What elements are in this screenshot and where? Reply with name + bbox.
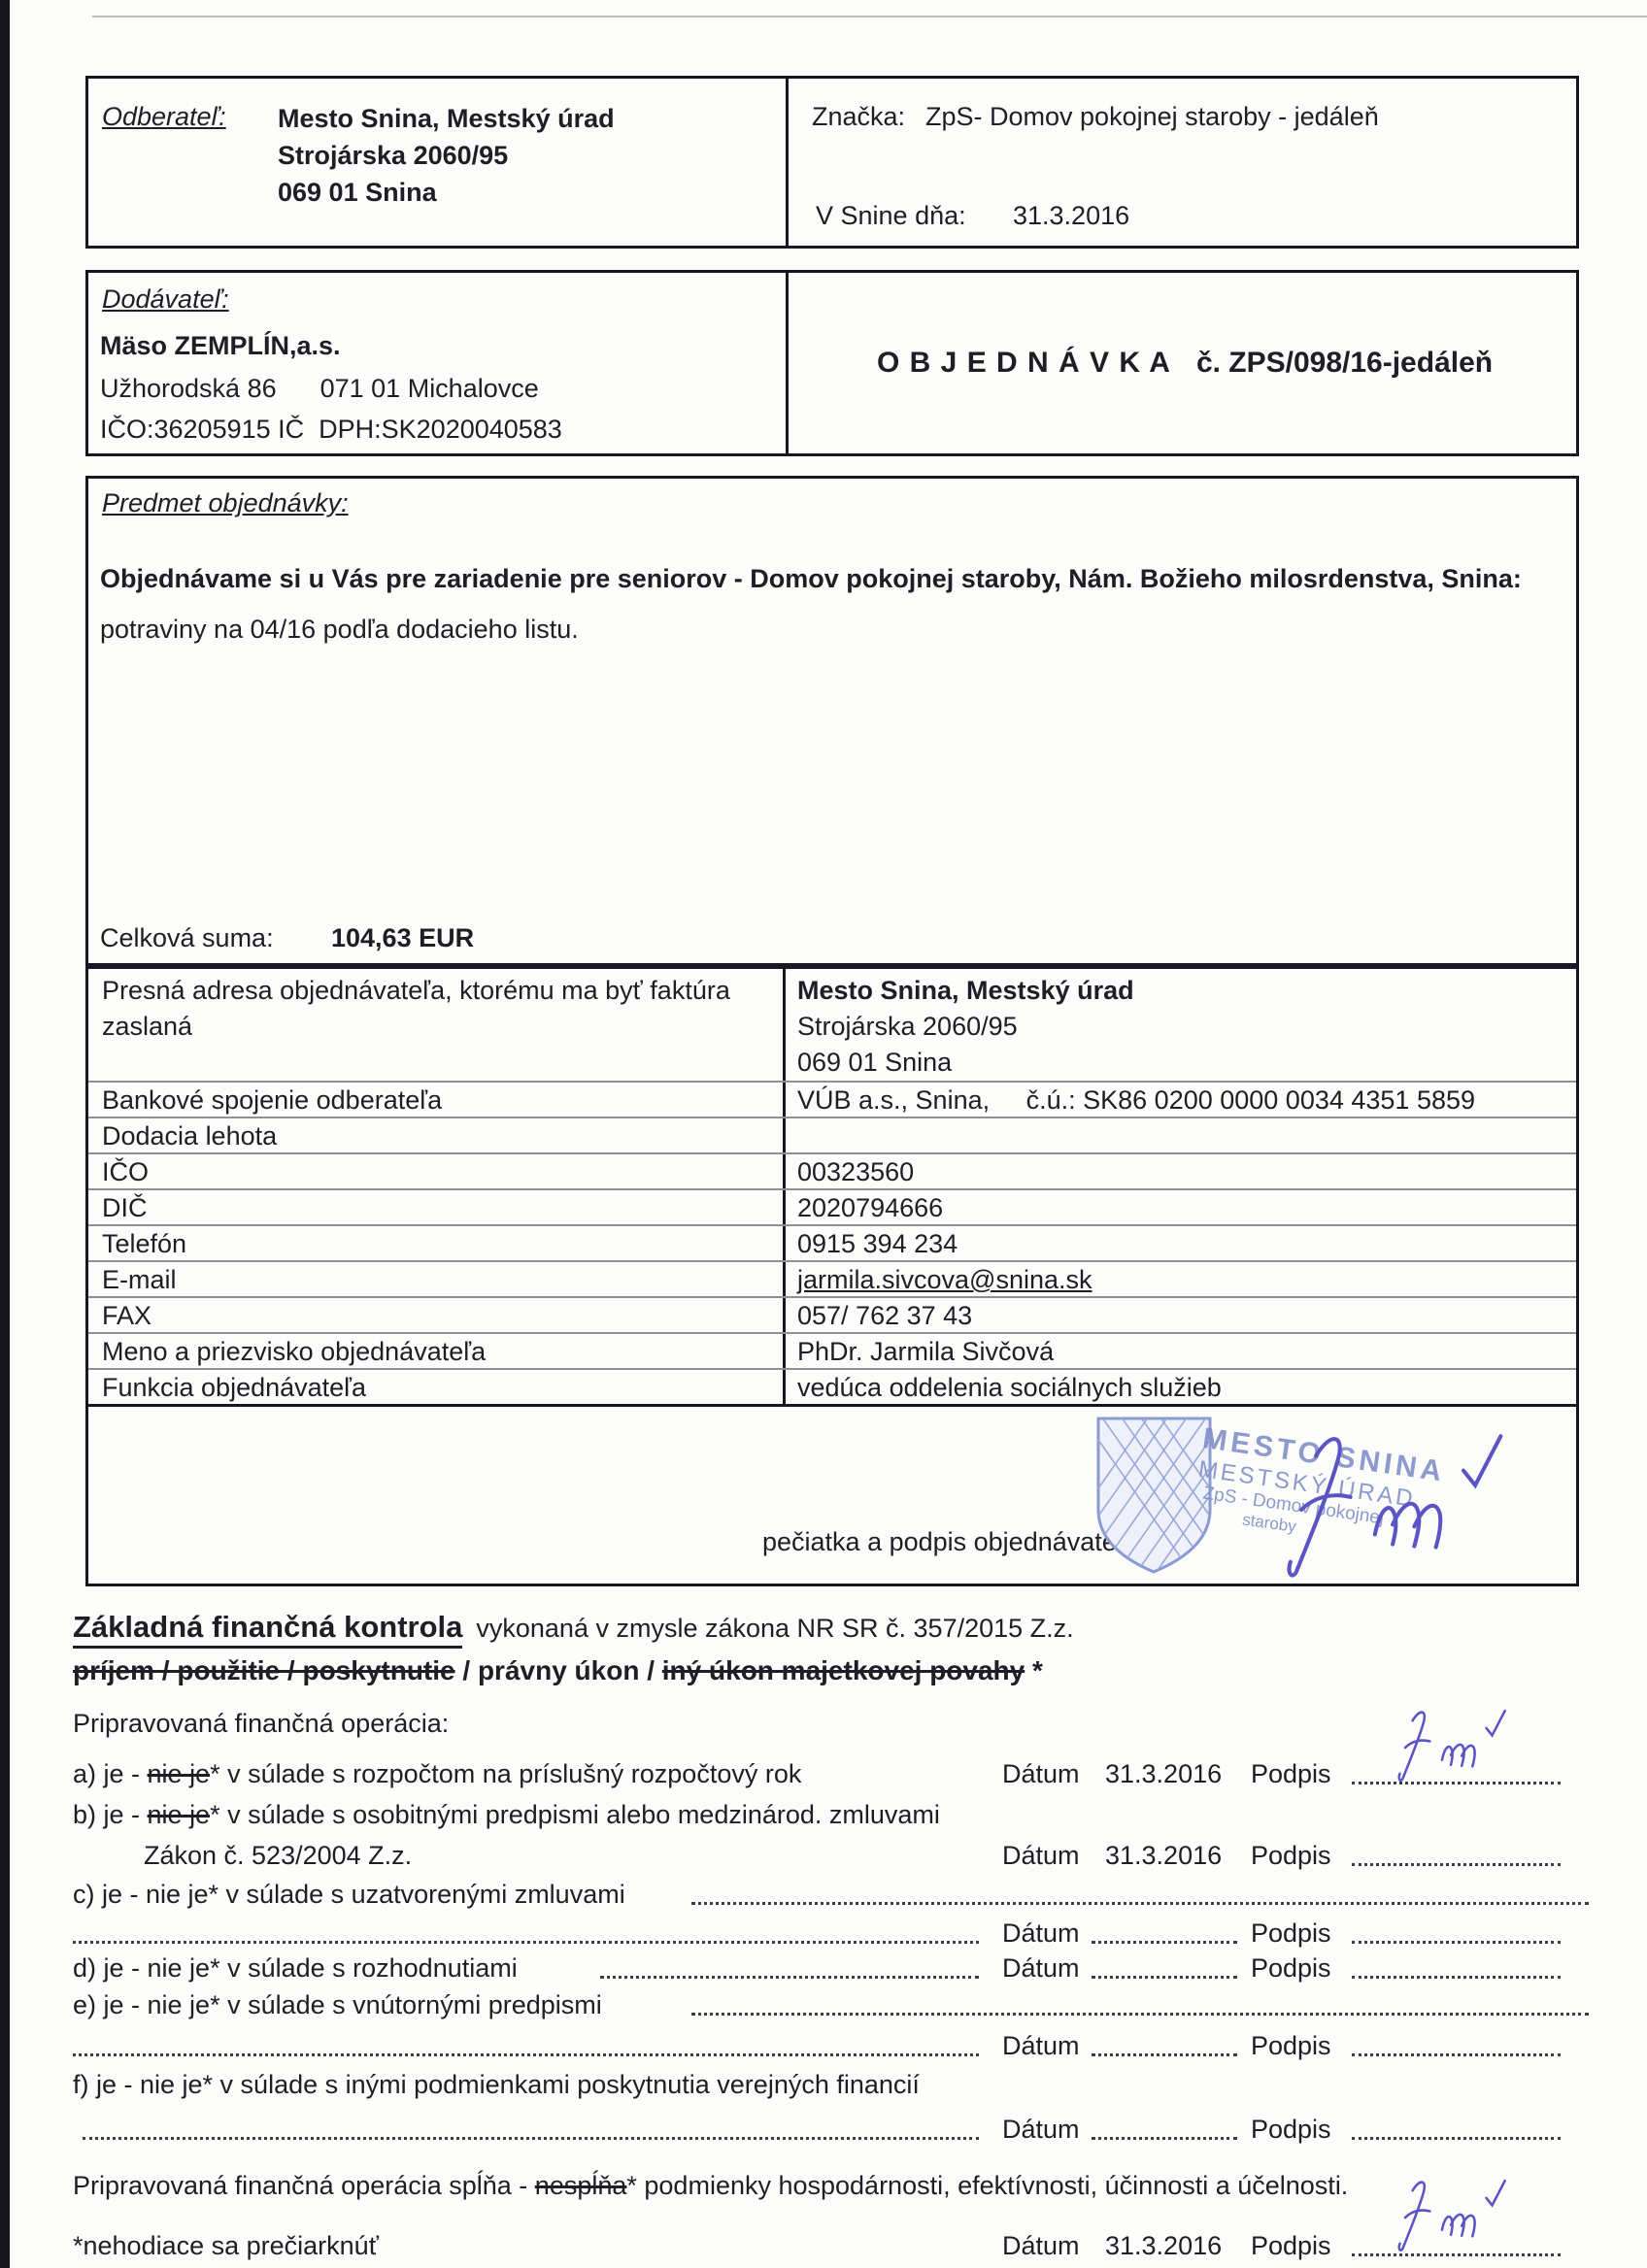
subject-line-bold: Objednávame si u Vás pre zariadenie pre … bbox=[100, 564, 1566, 594]
place-date-label: V Snine dňa: bbox=[816, 201, 966, 231]
item-b-struck: nie je bbox=[148, 1800, 211, 1829]
option-separator: / bbox=[455, 1655, 478, 1685]
item-a-suffix: * v súlade s rozpočtom na príslušný rozp… bbox=[210, 1759, 801, 1788]
customer-label: Odberateľ: bbox=[102, 102, 226, 132]
table-row: Dodacia lehota bbox=[88, 1117, 1576, 1152]
customer-box: Odberateľ: Mesto Snina, Mestský úrad Str… bbox=[85, 76, 1579, 249]
summary-line: Pripravovaná finančná operácia spĺňa - n… bbox=[73, 2171, 1348, 2201]
date-signature-row-e: DátumPodpis bbox=[1002, 2031, 1561, 2061]
row-label-function: Funkcia objednávateľa bbox=[88, 1370, 786, 1404]
subject-box: Predmet objednávky: Objednávame si u Vás… bbox=[85, 476, 1579, 966]
date-dotted-line bbox=[1092, 2118, 1237, 2140]
signature-dotted-line bbox=[1352, 2118, 1561, 2140]
row-label-person: Meno a priezvisko objednávateľa bbox=[88, 1334, 786, 1368]
signature-label: Podpis bbox=[1251, 1841, 1346, 1871]
signature-label: Podpis bbox=[1251, 1953, 1346, 1984]
supplier-label: Dodávateľ: bbox=[102, 284, 229, 315]
signature-dotted-line bbox=[1352, 1845, 1561, 1866]
table-row: Funkcia objednávateľa vedúca oddelenia s… bbox=[88, 1368, 1576, 1404]
item-e: e) je - nie je* v súlade s vnútornými pr… bbox=[73, 1990, 602, 2020]
dotted-fill-line bbox=[73, 1918, 979, 1944]
signature-label: Podpis bbox=[1251, 2031, 1346, 2061]
option-struck-other: iný úkon majetkovej povahy bbox=[662, 1655, 1025, 1685]
row-label-phone: Telefón bbox=[88, 1226, 786, 1260]
dotted-fill-line bbox=[691, 1990, 1589, 2016]
item-b-line2: Zákon č. 523/2004 Z.z. bbox=[144, 1841, 412, 1871]
invoice-address-city: 069 01 Snina bbox=[797, 1045, 1570, 1081]
row-label-delivery: Dodacia lehota bbox=[88, 1118, 786, 1152]
row-value-email: jarmila.sivcova@snina.sk bbox=[786, 1262, 1576, 1296]
summary-struck: nespĺňa bbox=[535, 2171, 627, 2200]
supplier-ids: IČO:36205915 IČ DPH:SK2020040583 bbox=[100, 415, 562, 445]
customer-name: Mesto Snina, Mestský úrad bbox=[278, 100, 615, 137]
row-value-bank: VÚB a.s., Snina, č.ú.: SK86 0200 0000 00… bbox=[786, 1083, 1576, 1117]
signature-label: Podpis bbox=[1251, 1759, 1346, 1789]
table-row: Presná adresa objednávateľa, ktorému ma … bbox=[88, 969, 1576, 1081]
invoice-address-name: Mesto Snina, Mestský úrad bbox=[797, 973, 1570, 1009]
dotted-fill-line bbox=[691, 1880, 1589, 1905]
table-row: Meno a priezvisko objednávateľa PhDr. Ja… bbox=[88, 1332, 1576, 1368]
item-d: d) je - nie je* v súlade s rozhodnutiami bbox=[73, 1953, 518, 1984]
date-signature-row-c: DátumPodpis bbox=[1002, 1918, 1561, 1949]
date-value: 31.3.2016 bbox=[1105, 2231, 1251, 2261]
supplier-name: Mäso ZEMPLÍN,a.s. bbox=[100, 331, 341, 361]
row-value-delivery bbox=[786, 1118, 1576, 1152]
row-value-ico: 00323560 bbox=[786, 1154, 1576, 1188]
dotted-fill-line bbox=[73, 2031, 979, 2056]
order-title: O B J E D N Á V K A bbox=[877, 347, 1171, 379]
date-value: 31.3.2016 bbox=[1105, 1841, 1251, 1871]
subject-label: Predmet objednávky: bbox=[102, 488, 349, 518]
signature-label: Podpis bbox=[1251, 2231, 1346, 2261]
table-row: E-mail jarmila.sivcova@snina.sk bbox=[88, 1260, 1576, 1296]
date-signature-row-footer: Dátum31.3.2016Podpis bbox=[1002, 2231, 1561, 2261]
customer-address-block: Mesto Snina, Mestský úrad Strojárska 206… bbox=[278, 100, 615, 211]
financial-control-title: Základná finančná kontrola bbox=[73, 1610, 462, 1649]
supplier-box-divider bbox=[786, 273, 789, 453]
scanned-order-document: Odberateľ: Mesto Snina, Mestský úrad Str… bbox=[0, 0, 1647, 2268]
item-b-prefix: b) je - bbox=[73, 1800, 148, 1829]
stamp-text-block: MESTO SNINA MESTSKÝ ÚRAD ZpS - Domov pok… bbox=[1192, 1422, 1552, 1571]
table-row: FAX 057/ 762 37 43 bbox=[88, 1296, 1576, 1332]
signature-label: Podpis bbox=[1251, 2115, 1346, 2145]
signature-dotted-line bbox=[1352, 1922, 1561, 1944]
invoice-address-street: Strojárska 2060/95 bbox=[797, 1009, 1570, 1045]
table-row: IČO 00323560 bbox=[88, 1152, 1576, 1188]
dotted-fill-line bbox=[83, 2115, 979, 2140]
signature-dotted-line bbox=[1352, 2235, 1561, 2256]
signature-dotted-line bbox=[1352, 1957, 1561, 1979]
item-a: a) je - nie je* v súlade s rozpočtom na … bbox=[73, 1759, 801, 1789]
scan-top-line-artifact bbox=[92, 16, 1647, 17]
table-row: Bankové spojenie odberateľa VÚB a.s., Sn… bbox=[88, 1081, 1576, 1117]
prepared-operation-label: Pripravovaná finančná operácia: bbox=[73, 1709, 449, 1739]
row-label-dic: DIČ bbox=[88, 1190, 786, 1224]
total-value: 104,63 EUR bbox=[331, 923, 474, 953]
row-label-ico: IČO bbox=[88, 1154, 786, 1188]
dotted-fill-line bbox=[600, 1953, 979, 1979]
reference-value: ZpS- Domov pokojnej staroby - jedáleň bbox=[925, 102, 1379, 132]
signature-dotted-line bbox=[1352, 2035, 1561, 2056]
row-value-dic: 2020794666 bbox=[786, 1190, 1576, 1224]
item-c: c) je - nie je* v súlade s uzatvorenými … bbox=[73, 1880, 625, 1910]
place-date-value: 31.3.2016 bbox=[1013, 201, 1129, 231]
date-value: 31.3.2016 bbox=[1105, 1759, 1251, 1789]
order-title-row: O B J E D N Á V K Ač. ZPS/098/16-jedáleň bbox=[877, 347, 1493, 380]
date-dotted-line bbox=[1092, 1922, 1237, 1944]
row-label-fax: FAX bbox=[88, 1298, 786, 1332]
date-label: Dátum bbox=[1002, 1759, 1105, 1789]
date-dotted-line bbox=[1092, 2035, 1237, 2056]
row-label-email: E-mail bbox=[88, 1262, 786, 1296]
row-value-fax: 057/ 762 37 43 bbox=[786, 1298, 1576, 1332]
date-dotted-line bbox=[1092, 1957, 1237, 1979]
financial-control-title-row: Základná finančná kontrolavykonaná v zmy… bbox=[73, 1610, 1074, 1649]
summary-suffix: * podmienky hospodárnosti, efektívnosti,… bbox=[626, 2171, 1348, 2200]
table-row: DIČ 2020794666 bbox=[88, 1188, 1576, 1224]
item-a-prefix: a) je - bbox=[73, 1759, 148, 1788]
date-signature-row-a: Dátum31.3.2016Podpis bbox=[1002, 1759, 1561, 1789]
date-label: Dátum bbox=[1002, 1918, 1092, 1949]
stamp-and-signature-area: pečiatka a podpis objednávateľa MEST bbox=[88, 1404, 1576, 1584]
customer-city: 069 01 Snina bbox=[278, 174, 615, 211]
supplier-box: Dodávateľ: Mäso ZEMPLÍN,a.s. Užhorodská … bbox=[85, 270, 1579, 456]
order-number: č. ZPS/098/16-jedáleň bbox=[1196, 347, 1493, 379]
customer-box-divider bbox=[786, 79, 789, 246]
option-separator: / bbox=[639, 1655, 661, 1685]
reference-label: Značka: bbox=[812, 102, 905, 132]
date-label: Dátum bbox=[1002, 2115, 1092, 2145]
date-label: Dátum bbox=[1002, 1953, 1092, 1984]
scan-edge-artifact bbox=[0, 0, 10, 2268]
subject-line-regular: potraviny na 04/16 podľa dodacieho listu… bbox=[100, 615, 1566, 645]
total-label: Celková suma: bbox=[100, 923, 274, 953]
footnote: *nehodiace sa prečiarknúť bbox=[73, 2231, 379, 2261]
stamp-caption: pečiatka a podpis objednávateľa bbox=[762, 1527, 1139, 1557]
item-a-struck: nie je bbox=[148, 1759, 211, 1788]
date-label: Dátum bbox=[1002, 1841, 1105, 1871]
date-label: Dátum bbox=[1002, 2231, 1105, 2261]
signature-label: Podpis bbox=[1251, 1918, 1346, 1949]
details-and-stamp-box: Presná adresa objednávateľa, ktorému ma … bbox=[85, 966, 1579, 1586]
date-signature-row-b: Dátum31.3.2016Podpis bbox=[1002, 1841, 1561, 1871]
financial-control-title-suffix: vykonaná v zmysle zákona NR SR č. 357/20… bbox=[476, 1614, 1073, 1643]
row-value-person: PhDr. Jarmila Sivčová bbox=[786, 1334, 1576, 1368]
option-struck-income: príjem / použitie / poskytnutie bbox=[73, 1655, 455, 1685]
item-f: f) je - nie je* v súlade s inými podmien… bbox=[73, 2070, 920, 2100]
row-label-invoice-address: Presná adresa objednávateľa, ktorému ma … bbox=[88, 969, 786, 1081]
supplier-address: Užhorodská 86 071 01 Michalovce bbox=[100, 374, 539, 404]
date-signature-row-f: DátumPodpis bbox=[1002, 2115, 1561, 2145]
row-value-function: vedúca oddelenia sociálnych služieb bbox=[786, 1370, 1576, 1404]
table-row: Telefón 0915 394 234 bbox=[88, 1224, 1576, 1260]
row-value-invoice-address: Mesto Snina, Mestský úrad Strojárska 206… bbox=[786, 969, 1576, 1081]
operation-type-options: príjem / použitie / poskytnutie / právny… bbox=[73, 1655, 1043, 1686]
item-b-suffix: * v súlade s osobitnými predpismi alebo … bbox=[210, 1800, 940, 1829]
row-value-phone: 0915 394 234 bbox=[786, 1226, 1576, 1260]
customer-street: Strojárska 2060/95 bbox=[278, 137, 615, 174]
summary-prefix: Pripravovaná finančná operácia spĺňa - bbox=[73, 2171, 535, 2200]
date-label: Dátum bbox=[1002, 2031, 1092, 2061]
option-asterisk: * bbox=[1025, 1655, 1043, 1685]
item-b: b) je - nie je* v súlade s osobitnými pr… bbox=[73, 1800, 940, 1830]
option-legal-act: právny úkon bbox=[478, 1655, 639, 1685]
date-signature-row-d: DátumPodpis bbox=[1002, 1953, 1561, 1984]
row-label-bank: Bankové spojenie odberateľa bbox=[88, 1083, 786, 1117]
signature-dotted-line bbox=[1352, 1763, 1561, 1784]
